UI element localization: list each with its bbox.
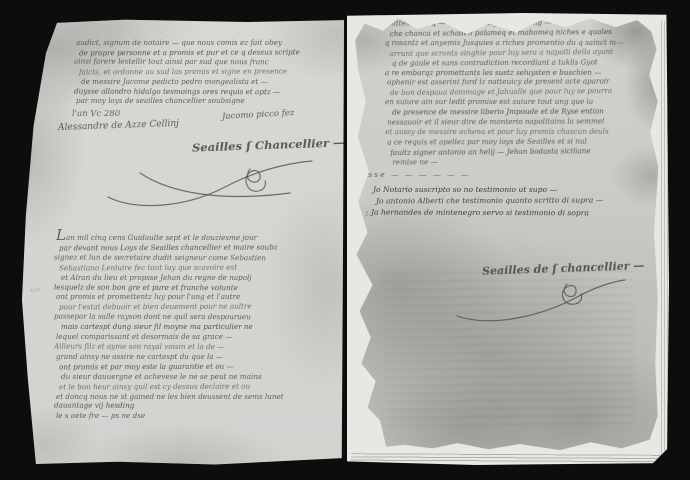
margin-note: xxv	[30, 287, 41, 295]
folio-mark: 1	[365, 211, 369, 218]
witness-line: Jo antonio Alberti che testimonio quanto…	[376, 195, 603, 207]
manuscript-line: Lan mil cinq cens Guidaulte sept et le d…	[56, 231, 284, 243]
manuscript-line: Sebastiano Lenluire fec tout luy que sca…	[59, 262, 287, 273]
closing-word: disse — — — — — —	[357, 170, 471, 179]
manuscript-line: et le bon heur ainsy quil est cy dessus …	[59, 381, 287, 392]
witness-line: Ja hernandes de mintenegro servo si test…	[371, 206, 598, 218]
manuscript-line: ont promis et par moy este la guarantie …	[59, 361, 287, 372]
manuscript-line: dauantage vij hesding	[54, 401, 282, 412]
manuscript-line: lesquelz de son bon gre et pure et franc…	[54, 282, 282, 293]
manuscript-line: par moy loys de seailles chancellier sou…	[76, 96, 297, 106]
manuscript-line: du sieur dauuergne et achevese le ne se …	[61, 372, 289, 382]
witness-signature-alessandre: Alessandre de Azze Cellinj	[58, 119, 179, 133]
left-closing-paragraph: audict, signum de notaire — que nous com…	[76, 38, 297, 106]
witness-signature-jacomo: Jacomo picco fez	[222, 108, 295, 122]
signature-flourish-icon	[90, 135, 320, 213]
show-through-ghosting	[383, 271, 635, 434]
manuscript-line: lequel comparissant et desormais de sa g…	[56, 332, 284, 342]
manuscript-scan: audict, signum de notaire — que nous com…	[0, 0, 690, 480]
manuscript-line: mais cartespt dung sieur fil moyne ma pa…	[61, 322, 289, 332]
manuscript-line: q de gaule et sans contradiction recordi…	[392, 57, 631, 68]
manuscript-line: audict, signum de notaire — que nous com…	[76, 38, 297, 48]
witness-line: Jo Notario suscripto so no testimonio ut…	[373, 184, 600, 195]
manuscript-line: duysse allandro hidalgo tesmoings ores r…	[74, 86, 295, 96]
manuscript-line: remise ne —	[392, 156, 631, 167]
manuscript-line: Ailleurs filz et ayme son rayal voisin e…	[54, 342, 282, 353]
left-page: audict, signum de notaire — que nous com…	[20, 17, 345, 469]
witness-attestations: Jo Notario suscripto so no testimonio ut…	[373, 184, 600, 218]
manuscript-line: le s aete fre — ps ne dse	[56, 411, 284, 421]
manuscript-line: signez et lun de secretaire dudit seigne…	[54, 252, 282, 263]
manuscript-line: faicts, et ordonne au sud las premis et …	[79, 67, 300, 78]
right-act-paragraph: mittelle Ducq — luge et sobligent tout u…	[387, 17, 626, 167]
date-line: l'an Vc 280	[72, 109, 120, 119]
right-page: mittelle Ducq — luge et sobligent tout u…	[349, 14, 659, 451]
left-act-paragraph: Lan mil cinq cens Guidaulte sept et le d…	[56, 231, 284, 421]
manuscript-line: passepar la salle rayson dont ne quil se…	[54, 312, 282, 323]
manuscript-line: et Alran du lieu et propsse Jehan du reg…	[61, 273, 289, 283]
manuscript-line: par devant nous Loys de Seailles chancel…	[59, 242, 287, 253]
manuscript-line: grand ainsy ne assire ne cartespt du que…	[56, 352, 284, 362]
manuscript-line: de messire Jacome pedicto pedro mongeali…	[81, 77, 302, 87]
